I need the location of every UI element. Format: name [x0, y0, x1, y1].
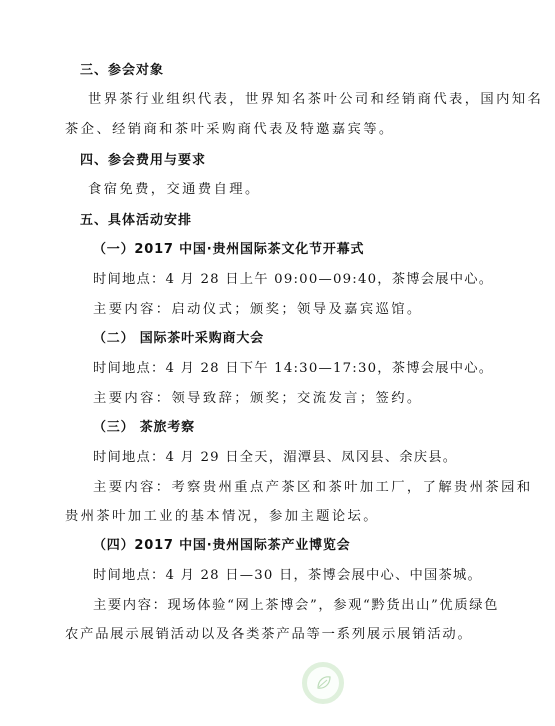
section-heading-attendees: 三、参会对象: [80, 59, 164, 78]
section-heading-fees: 四、参会费用与要求: [80, 149, 206, 168]
activity-4-content-line-2: 农产品展示展销活动以及各类茶产品等一系列展示展销活动。: [65, 623, 473, 642]
activity-1-content: 主要内容：启动仪式；颁奖；领导及嘉宾巡馆。: [93, 298, 423, 317]
activity-4-time-place: 时间地点：4 月 28 日—30 日，茶博会展中心、中国茶城。: [93, 564, 482, 583]
attendees-text-line-2: 茶企、经销商和茶叶采购商代表及特邀嘉宾等。: [65, 118, 395, 137]
activity-3-time-place: 时间地点：4 月 29 日全天，湄潭县、凤冈县、余庆县。: [93, 446, 457, 465]
document-page: 三、参会对象 世界茶行业组织代表，世界知名茶叶公司和经销商代表，国内知名 茶企、…: [0, 0, 555, 726]
fees-text: 食宿免费，交通费自理。: [88, 178, 261, 197]
activity-4-title: （四）2017 中国·贵州国际茶产业博览会: [93, 534, 350, 553]
activity-4-content-line-1: 主要内容：现场体验“网上茶博会”，参观“黔货出山”优质绿色: [93, 594, 499, 613]
activity-3-title: （三） 茶旅考察: [93, 416, 195, 435]
activity-2-content: 主要内容：领导致辞；颁奖；交流发言；签约。: [93, 387, 423, 406]
tea-leaf-seal-icon: [302, 662, 344, 704]
activity-2-title: （二） 国际茶叶采购商大会: [93, 327, 264, 346]
activity-2-time-place: 时间地点：4 月 28 日下午 14:30—17:30，茶博会展中心。: [93, 357, 493, 376]
section-heading-schedule: 五、具体活动安排: [80, 209, 192, 228]
activity-1-time-place: 时间地点：4 月 28 日上午 09:00—09:40，茶博会展中心。: [93, 268, 493, 287]
activity-3-content-line-1: 主要内容：考察贵州重点产茶区和茶叶加工厂，了解贵州茶园和: [93, 476, 533, 495]
activity-1-title: （一）2017 中国·贵州国际茶文化节开幕式: [93, 238, 364, 257]
activity-3-content-line-2: 贵州茶叶加工业的基本情况，参加主题论坛。: [65, 505, 379, 524]
attendees-text-line-1: 世界茶行业组织代表，世界知名茶叶公司和经销商代表，国内知名: [88, 88, 543, 107]
